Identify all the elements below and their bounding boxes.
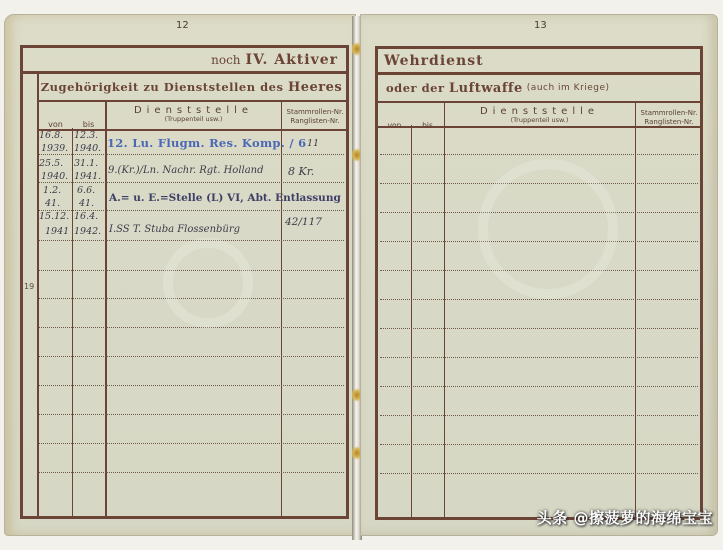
col-stammrollen-label: Stammrollen-Nr.	[641, 109, 698, 117]
entry-3-dienststelle-stamp: A.= u. E.=Stelle (L) VI, Abt. Entlassung	[109, 192, 341, 204]
bis-dienst-divider	[105, 102, 107, 519]
row-line	[39, 182, 344, 183]
entry-1-von-day: 16.8.	[39, 130, 63, 141]
col-stammrollen: Stammrollen-Nr. Ranglisten-Nr.	[635, 109, 703, 127]
right-subtitle: oder der Luftwaffe(auch im Kriege)	[378, 75, 700, 103]
title-prefix: noch	[211, 53, 240, 67]
row-line	[380, 444, 698, 445]
eagle-emblem-watermark	[478, 159, 618, 299]
subtitle-prefix: oder der	[386, 81, 445, 95]
col-von: von	[39, 120, 72, 129]
left-page-title: IV. Aktiver	[246, 52, 338, 68]
entry-3-von-day: 1.2.	[43, 185, 61, 196]
col-stammrollen-label: Stammrollen-Nr.	[287, 108, 344, 116]
col-dienststelle-sub: (Truppenteil usw.)	[106, 115, 281, 124]
dienst-nr-divider	[281, 102, 282, 519]
col-ranglisten-label: Ranglisten-Nr.	[290, 117, 339, 125]
entry-2-nr: 8 Kr.	[288, 165, 314, 178]
entry-4-von-day: 15.12.	[39, 211, 69, 222]
row-line	[380, 299, 698, 300]
col-dienststelle-sub: (Truppenteil usw.)	[444, 116, 635, 125]
subtitle-text: Zugehörigkeit zu Dienststellen des	[41, 80, 284, 94]
row-line	[380, 154, 698, 155]
col-dienststelle: Dienststelle (Truppenteil usw.)	[444, 107, 635, 125]
entry-3-bis-day: 6.6.	[77, 185, 95, 196]
margin-number: 19	[24, 282, 34, 291]
entry-1-bis-day: 12.3.	[74, 130, 98, 141]
entry-3-von-year: 41.	[45, 198, 60, 209]
von-bis-divider	[72, 128, 73, 519]
row-line	[380, 386, 698, 387]
right-page-number: 13	[534, 20, 547, 31]
row-line	[39, 154, 344, 155]
left-page-number: 12	[176, 20, 189, 31]
left-title-row: noch IV. Aktiver	[23, 48, 346, 74]
bis-dienst-divider	[444, 103, 445, 520]
right-title-row: Wehrdienst	[378, 49, 700, 75]
entry-1-von-year: 1939.	[41, 143, 68, 154]
right-page-title: Wehrdienst	[384, 53, 484, 69]
subtitle-suffix: (auch im Kriege)	[527, 83, 610, 93]
entry-3-bis-year: 41.	[79, 198, 94, 209]
entry-2-bis-day: 31.1.	[74, 158, 98, 169]
entry-4-bis-day: 16.4.	[74, 211, 98, 222]
eagle-emblem-watermark	[163, 238, 253, 328]
source-credit-watermark: 头条 @擦菠萝的海绵宝宝	[537, 507, 713, 528]
subtitle-bold: Heeres	[288, 80, 342, 95]
dienst-nr-divider	[635, 103, 636, 520]
entry-2-von-year: 1940.	[41, 171, 68, 182]
entry-2-dienststelle: 9.(Kr.)/Ln. Nachr. Rgt. Holland	[108, 165, 264, 176]
left-subtitle: Zugehörigkeit zu Dienststellen des Heere…	[37, 74, 346, 102]
left-form-frame: noch IV. Aktiver Zugehörigkeit zu Dienst…	[20, 45, 349, 519]
entry-4-nr: 42/117	[285, 216, 322, 228]
subtitle-bold: Luftwaffe	[449, 81, 523, 96]
row-line	[380, 415, 698, 416]
row-line	[380, 473, 698, 474]
entry-2-bis-year: 1941.	[74, 171, 101, 182]
row-line	[39, 327, 344, 328]
von-bis-divider	[411, 125, 412, 520]
header-bottom-line	[378, 126, 700, 128]
col-stammrollen: Stammrollen-Nr. Ranglisten-Nr.	[281, 108, 349, 126]
col-dienststelle: Dienststelle (Truppenteil usw.)	[106, 106, 281, 124]
row-line	[39, 443, 344, 444]
row-line	[380, 357, 698, 358]
entry-2-von-day: 25.5.	[39, 158, 63, 169]
col-ranglisten-label: Ranglisten-Nr.	[644, 118, 693, 126]
row-line	[39, 472, 344, 473]
entry-4-bis-year: 1942.	[74, 226, 101, 237]
col-bis: bis	[72, 120, 105, 129]
entry-4-dienststelle: I.SS T. Stuba Flossenbürg	[109, 224, 240, 235]
entry-1-nr: 11	[307, 138, 319, 149]
entry-1-dienststelle-stamp: 12. Lu. Flugm. Res. Komp. / 6	[107, 136, 306, 150]
row-line	[39, 414, 344, 415]
entry-1-bis-year: 1940.	[74, 143, 101, 154]
row-line	[39, 385, 344, 386]
right-form-frame: Wehrdienst oder der Luftwaffe(auch im Kr…	[375, 46, 703, 520]
row-line	[380, 328, 698, 329]
row-line	[39, 356, 344, 357]
entry-4-von-year: 1941	[45, 226, 69, 237]
